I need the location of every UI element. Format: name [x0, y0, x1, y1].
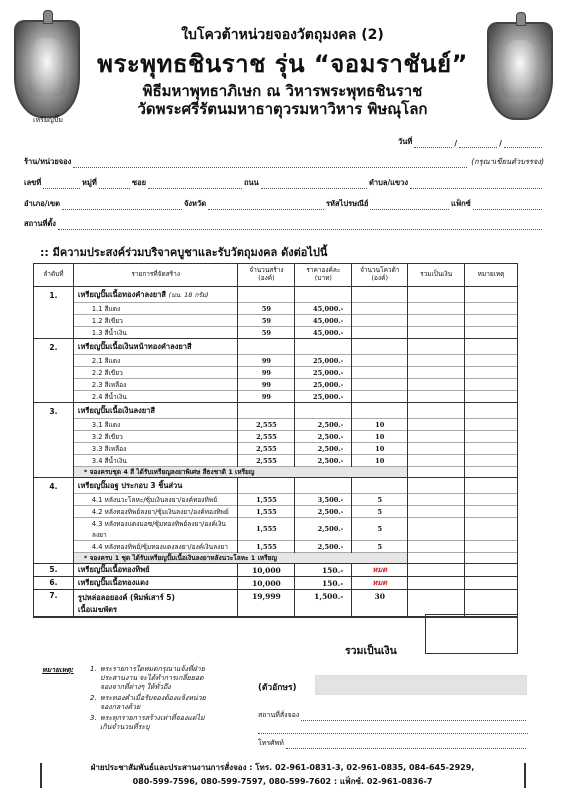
item-quota: 5	[352, 494, 408, 506]
item-total-field[interactable]	[408, 590, 465, 618]
item-price: 25,000.-	[295, 391, 352, 403]
item-total-field[interactable]	[408, 355, 465, 367]
item-qty: 99	[238, 379, 295, 391]
amount-in-words-field[interactable]	[315, 675, 527, 695]
item-price: 2,500.-	[295, 541, 352, 553]
item-price: 25,000.-	[295, 379, 352, 391]
main-title: พระพุทธชินราช รุ่น “จอมราชันย์”	[0, 44, 565, 83]
footer-line-2: 080-599-7596, 080-599-7597, 080-599-7602…	[40, 775, 525, 789]
item-remark-field[interactable]	[465, 564, 518, 577]
date-month-field[interactable]	[459, 140, 497, 148]
subdistrict-field[interactable]	[410, 181, 542, 189]
item-price: 25,000.-	[295, 367, 352, 379]
shop-hint: (กรุณาเขียนตัวบรรจง)	[471, 156, 544, 168]
item-quota	[352, 379, 408, 391]
item-name: เหรียญปั๊มเนื้อทองทิพย์	[73, 564, 238, 577]
item-label: 4.1 หลังนวะโลหะ/ซุ้มเงินลงยา/องค์ทองทิพย…	[73, 494, 238, 506]
item-remark-field[interactable]	[465, 455, 518, 467]
form-title: ใบโควต้าหน่วยจองวัตถุมงคล (2)	[0, 24, 565, 46]
group-note: * จองครบชุด 4 สี ได้รับเหรียญลงยาพิเศษ ส…	[73, 467, 407, 478]
group-index: 4.	[34, 478, 74, 564]
item-label: 1.1 สีแดง	[73, 303, 238, 315]
group-note-row: * จองครบ 1 ชุด ได้รับเหรียญปั๊มเนื้อเงิน…	[34, 553, 518, 564]
shop-row: ร้าน/หน่วยจอง (กรุณาเขียนตัวบรรจง)	[24, 156, 544, 168]
item-remark-field[interactable]	[465, 541, 518, 553]
item-price: 2,500.-	[295, 431, 352, 443]
item-qty: 2,555	[238, 419, 295, 431]
item-price: 25,000.-	[295, 355, 352, 367]
item-remark-field[interactable]	[465, 327, 518, 339]
item-remark-field[interactable]	[465, 431, 518, 443]
item-qty: 59	[238, 315, 295, 327]
grand-total-field[interactable]	[425, 614, 518, 654]
fax-field[interactable]	[473, 202, 542, 210]
footer-line-1: ฝ่ายประชาสัมพันธ์และประสานงานการสั่งจอง …	[40, 761, 525, 775]
group-name: เหรียญปั๊มอฐ ประกอบ 3 ชิ้นส่วน	[73, 478, 238, 494]
group-note-row: * จองครบชุด 4 สี ได้รับเหรียญลงยาพิเศษ ส…	[34, 467, 518, 478]
location-row: สถานที่ตั้ง	[24, 218, 544, 230]
item-total-field[interactable]	[408, 367, 465, 379]
item-price: 2,500.-	[295, 518, 352, 541]
order-place-field[interactable]	[301, 713, 526, 721]
date-label: วันที่	[398, 136, 412, 148]
item-total-field[interactable]	[408, 506, 465, 518]
item-quota: 10	[352, 443, 408, 455]
item-qty: 2,555	[238, 431, 295, 443]
table-group-row: 1.เหรียญปั๊มเนื้อทองคำลงยาสี (นน. 18 กรั…	[34, 287, 518, 303]
item-remark-field[interactable]	[465, 367, 518, 379]
item-quota: 5	[352, 506, 408, 518]
col-header-price: ราคาองค์ละ (บาท)	[295, 264, 352, 287]
item-index: 5.	[34, 564, 74, 577]
shop-field[interactable]	[73, 160, 467, 168]
item-quota: 10	[352, 431, 408, 443]
item-label: 2.2 สีเขียว	[73, 367, 238, 379]
item-total-field[interactable]	[408, 455, 465, 467]
item-price: 3,500.-	[295, 494, 352, 506]
item-label: 4.4 หลังทองทิพย์/ซุ้มทองแดงลงยา/องค์เงิน…	[73, 541, 238, 553]
item-total-field[interactable]	[408, 327, 465, 339]
table-row: 5.เหรียญปั๊มเนื้อทองทิพย์10,000150.-หมด	[34, 564, 518, 577]
item-price: 1,500.-	[295, 590, 352, 618]
item-remark-field[interactable]	[465, 443, 518, 455]
item-label: 3.4 สีน้ำเงิน	[73, 455, 238, 467]
item-qty: 59	[238, 303, 295, 315]
item-quota	[352, 315, 408, 327]
item-remark-field[interactable]	[465, 494, 518, 506]
col-header-total: รวมเป็นเงิน	[408, 264, 465, 287]
item-remark-field[interactable]	[465, 419, 518, 431]
item-qty: 1,555	[238, 506, 295, 518]
group-index: 2.	[34, 339, 74, 403]
item-qty: 1,555	[238, 518, 295, 541]
item-total-field[interactable]	[408, 315, 465, 327]
item-label: 3.3 สีเหลือง	[73, 443, 238, 455]
phone-row: โทรศัพท์	[258, 738, 528, 749]
table-row: 4.2 หลังทองทิพย์ลงยา/ซุ้มเงินลงยา/องค์ทอ…	[34, 506, 518, 518]
amount-in-words-label: (ตัวอักษร)	[258, 680, 296, 694]
item-index: 6.	[34, 577, 74, 590]
table-row: 1.1 สีแดง5945,000.-	[34, 303, 518, 315]
remark-item: 3.พระทุกรายการสร้างเท่าที่จองแต่ไม่เกินจ…	[90, 714, 210, 732]
location-field[interactable]	[58, 222, 542, 230]
table-group-row: 4.เหรียญปั๊มอฐ ประกอบ 3 ชิ้นส่วน	[34, 478, 518, 494]
item-label: 3.1 สีแดง	[73, 419, 238, 431]
item-qty: 99	[238, 367, 295, 379]
col-header-index: ลำดับที่	[34, 264, 74, 287]
district-field[interactable]	[62, 202, 182, 210]
col-header-quota: จำนวนโควต้า (องค์)	[352, 264, 408, 287]
item-price: 45,000.-	[295, 327, 352, 339]
item-price: 45,000.-	[295, 315, 352, 327]
item-total-field[interactable]	[408, 541, 465, 553]
table-row: 6.เหรียญปั๊มเนื้อทองแดง10,000150.-หมด	[34, 577, 518, 590]
col-header-remark: หมายเหตุ	[465, 264, 518, 287]
grand-total-label: รวมเป็นเงิน	[345, 642, 397, 659]
address-row-1: เลขที่ หมู่ที่ ซอย ถนน ตำบล/แขวง	[24, 177, 544, 189]
item-quota	[352, 303, 408, 315]
sold-out-stamp: หมด	[352, 564, 408, 577]
item-price: 2,500.-	[295, 506, 352, 518]
section-heading: :: มีความประสงค์ร่วมบริจาคบูชาและรับวัตถ…	[40, 243, 327, 261]
item-price: 2,500.-	[295, 443, 352, 455]
house-no-field[interactable]	[43, 181, 80, 189]
item-quota	[352, 391, 408, 403]
item-quota: 5	[352, 541, 408, 553]
table-row: 1.2 สีเขียว5945,000.-	[34, 315, 518, 327]
item-remark-field[interactable]	[465, 518, 518, 541]
item-total-field[interactable]	[408, 431, 465, 443]
item-remark-field[interactable]	[465, 590, 518, 618]
table-row: 3.2 สีเขียว2,5552,500.-10	[34, 431, 518, 443]
table-row: 4.1 หลังนวะโลหะ/ซุ้มเงินลงยา/องค์ทองทิพย…	[34, 494, 518, 506]
postcode-field[interactable]	[370, 202, 449, 210]
item-quota: 10	[352, 419, 408, 431]
item-total-field[interactable]	[408, 419, 465, 431]
group-name: เหรียญปั๊มเนื้อเงินลงยาสี	[73, 403, 238, 419]
table-row: 3.1 สีแดง2,5552,500.-10	[34, 419, 518, 431]
item-qty: 10,000	[238, 577, 295, 590]
item-qty: 2,555	[238, 443, 295, 455]
item-total-field[interactable]	[408, 564, 465, 577]
item-quota: 10	[352, 455, 408, 467]
table-row: 4.3 หลังทองแดงมอซ/ซุ้มทองทิพย์ลงยา/องค์เ…	[34, 518, 518, 541]
item-qty: 99	[238, 355, 295, 367]
item-quota	[352, 355, 408, 367]
sold-out-stamp: หมด	[352, 577, 408, 590]
province-field[interactable]	[208, 202, 324, 210]
order-table: ลำดับที่ รายการที่จัดสร้าง จำนวนสร้าง (อ…	[33, 263, 518, 618]
table-group-row: 3.เหรียญปั๊มเนื้อเงินลงยาสี	[34, 403, 518, 419]
item-total-field[interactable]	[408, 443, 465, 455]
date-row: วันที่ / /	[398, 136, 544, 148]
footer-contact: ฝ่ายประชาสัมพันธ์และประสานงานการสั่งจอง …	[40, 761, 525, 789]
order-place-field-line2[interactable]	[258, 733, 528, 734]
order-place-row: สถานที่สั่งจอง	[258, 710, 528, 721]
item-label: 3.2 สีเขียว	[73, 431, 238, 443]
shop-label: ร้าน/หน่วยจอง	[24, 156, 71, 168]
phone-field[interactable]	[286, 741, 526, 749]
item-quota	[352, 327, 408, 339]
table-group-row: 2.เหรียญปั๊มเนื้อเงินหน้าทองคำลงยาสี	[34, 339, 518, 355]
item-quota: 5	[352, 518, 408, 541]
date-year-field[interactable]	[504, 140, 542, 148]
item-remark-field[interactable]	[465, 391, 518, 403]
table-row: 3.4 สีน้ำเงิน2,5552,500.-10	[34, 455, 518, 467]
group-index: 3.	[34, 403, 74, 478]
item-qty: 2,555	[238, 455, 295, 467]
remark-item: 1.พระรายการใดหมดกรุณาแจ้งที่ฝ่ายประสานงา…	[90, 665, 210, 692]
item-name: รูปหล่อลอยองค์ (พิมพ์เสาร์ 5)เนื้อเมฆพัต…	[73, 590, 238, 618]
item-index: 7.	[34, 590, 74, 618]
road-field[interactable]	[261, 181, 367, 189]
item-total-field[interactable]	[408, 303, 465, 315]
item-remark-field[interactable]	[465, 315, 518, 327]
item-qty: 99	[238, 391, 295, 403]
group-note: * จองครบ 1 ชุด ได้รับเหรียญปั๊มเนื้อเงิน…	[73, 553, 407, 564]
item-qty: 59	[238, 327, 295, 339]
item-label: 4.2 หลังทองทิพย์ลงยา/ซุ้มเงินลงยา/องค์ทอ…	[73, 506, 238, 518]
item-total-field[interactable]	[408, 379, 465, 391]
col-header-qty: จำนวนสร้าง (องค์)	[238, 264, 295, 287]
item-label: 2.4 สีน้ำเงิน	[73, 391, 238, 403]
item-price: 150.-	[295, 564, 352, 577]
item-qty: 19,999	[238, 590, 295, 618]
item-price: 2,500.-	[295, 419, 352, 431]
item-remark-field[interactable]	[465, 355, 518, 367]
item-price: 45,000.-	[295, 303, 352, 315]
soi-field[interactable]	[148, 181, 242, 189]
item-quota	[352, 367, 408, 379]
item-qty: 1,555	[238, 541, 295, 553]
remarks-list: 1.พระรายการใดหมดกรุณาแจ้งที่ฝ่ายประสานงา…	[90, 665, 210, 734]
date-day-field[interactable]	[414, 140, 452, 148]
item-total-field[interactable]	[408, 494, 465, 506]
item-total-field[interactable]	[408, 577, 465, 590]
item-name: เหรียญปั๊มเนื้อทองแดง	[73, 577, 238, 590]
item-remark-field[interactable]	[465, 506, 518, 518]
group-name: เหรียญปั๊มเนื้อทองคำลงยาสี (นน. 18 กรัม)	[73, 287, 238, 303]
table-row: 2.1 สีแดง9925,000.-	[34, 355, 518, 367]
table-row: 2.3 สีเหลือง9925,000.-	[34, 379, 518, 391]
table-row: 7.รูปหล่อลอยองค์ (พิมพ์เสาร์ 5)เนื้อเมฆพ…	[34, 590, 518, 618]
moo-field[interactable]	[99, 181, 130, 189]
item-price: 150.-	[295, 577, 352, 590]
col-header-item: รายการที่จัดสร้าง	[73, 264, 238, 287]
address-row-2: อำเภอ/เขต จังหวัด รหัสไปรษณีย์ แฟ็กซ์	[24, 198, 544, 210]
table-row: 4.4 หลังทองทิพย์/ซุ้มทองแดงลงยา/องค์เงิน…	[34, 541, 518, 553]
group-name: เหรียญปั๊มเนื้อเงินหน้าทองคำลงยาสี	[73, 339, 238, 355]
remark-item: 2.พระทองคำเมื่อรับจองต้องแจ้งหน่วยจองกลา…	[90, 694, 210, 712]
item-label: 2.3 สีเหลือง	[73, 379, 238, 391]
table-row: 2.4 สีน้ำเงิน9925,000.-	[34, 391, 518, 403]
item-remark-field[interactable]	[465, 379, 518, 391]
table-row: 3.3 สีเหลือง2,5552,500.-10	[34, 443, 518, 455]
item-qty: 10,000	[238, 564, 295, 577]
item-remark-field[interactable]	[465, 303, 518, 315]
item-total-field[interactable]	[408, 518, 465, 541]
item-total-field[interactable]	[408, 391, 465, 403]
item-label: 1.2 สีเขียว	[73, 315, 238, 327]
table-row: 1.3 สีน้ำเงิน5945,000.-	[34, 327, 518, 339]
item-price: 2,500.-	[295, 455, 352, 467]
table-header-row: ลำดับที่ รายการที่จัดสร้าง จำนวนสร้าง (อ…	[34, 264, 518, 287]
subtitle-temple: วัดพระศรีรัตนมหาธาตุวรมหาวิหาร พิษณุโลก	[0, 97, 565, 121]
group-index: 1.	[34, 287, 74, 339]
table-row: 2.2 สีเขียว9925,000.-	[34, 367, 518, 379]
item-label: 2.1 สีแดง	[73, 355, 238, 367]
item-label: 4.3 หลังทองแดงมอซ/ซุ้มทองทิพย์ลงยา/องค์เ…	[73, 518, 238, 541]
item-quota: 30	[352, 590, 408, 618]
item-label: 1.3 สีน้ำเงิน	[73, 327, 238, 339]
item-qty: 1,555	[238, 494, 295, 506]
remarks-label: หมายเหตุ:	[42, 665, 74, 676]
item-remark-field[interactable]	[465, 577, 518, 590]
